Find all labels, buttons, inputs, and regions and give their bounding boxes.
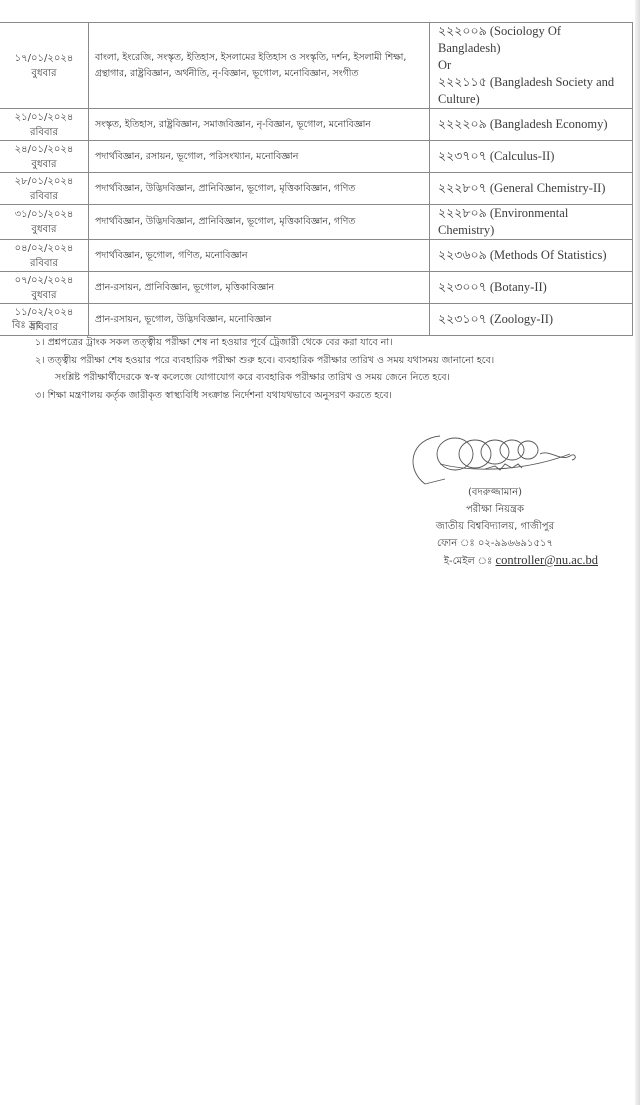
note-2: ২। তত্ত্বীয় পরীক্ষা শেষ হওয়ার পরে ব্যব… [35,354,494,369]
course-line: ২২৩১০৭ (Zoology-II) [438,311,624,328]
date-cell: ২১/০১/২০২৪ রবিবার [0,109,89,141]
schedule-row: ১৭/০১/২০২৪ বুধবার বাংলা, ইংরেজি, সংস্কৃত… [0,23,633,109]
signatory-block: (বদরুজ্জামান) পরীক্ষা নিয়ন্ত্রক জাতীয় … [380,484,610,570]
course-cell: ২২২৮০৭ (General Chemistry-II) [430,173,633,205]
signatory-name: (বদরুজ্জামান) [380,484,610,501]
schedule-row: ৩১/০১/২০২৪ বুধবার পদার্থবিজ্ঞান, উদ্ভিদব… [0,205,633,240]
course-cell: ২২৩০০৭ (Botany-II) [430,272,633,304]
schedule-row: ২৪/০১/২০২৪ বুধবার পদার্থবিজ্ঞান, রসায়ন,… [0,141,633,173]
signatory-title: পরীক্ষা নিয়ন্ত্রক [380,501,610,518]
signatory-institution: জাতীয় বিশ্ববিদ্যালয়, গাজীপুর [380,518,610,535]
subjects-cell: প্রান-রসায়ন, প্রানিবিজ্ঞান, ভূগোল, মৃত্… [89,272,430,304]
exam-date: ২৮/০১/২০২৪ [0,174,88,189]
note-3: ৩। শিক্ষা মন্ত্রণালয় কর্তৃক জারীকৃত স্ব… [35,389,392,404]
date-cell: ০৭/০২/২০২৪ বুধবার [0,272,89,304]
note-2-continued: সংশ্লিষ্ট পরীক্ষার্থীদেরকে স্ব-স্ব কলেজে… [55,371,450,386]
course-cell: ২২২০০৯ (Sociology Of Bangladesh)Or২২২১১৫… [430,23,633,109]
signature-image [400,424,600,492]
signatory-email-line: ই-মেইল ঃ controller@nu.ac.bd [380,552,610,570]
exam-schedule-table: ১৭/০১/২০২৪ বুধবার বাংলা, ইংরেজি, সংস্কৃত… [0,22,633,336]
subjects-cell: পদার্থবিজ্ঞান, উদ্ভিদবিজ্ঞান, প্রানিবিজ্… [89,173,430,205]
exam-date: ২১/০১/২০২৪ [0,110,88,125]
signatory-phone: ফোন ঃ ০২-৯৯৬৬৯১৫১৭ [380,535,610,552]
course-cell: ২২৩১০৭ (Zoology-II) [430,304,633,336]
course-cell: ২২২২০৯ (Bangladesh Economy) [430,109,633,141]
email-label: ই-মেইল ঃ [444,556,493,567]
exam-day: বুধবার [0,288,88,303]
subjects-cell: পদার্থবিজ্ঞান, উদ্ভিদবিজ্ঞান, প্রানিবিজ্… [89,205,430,240]
exam-day: বুধবার [0,222,88,237]
course-cell: ২২৩৭০৭ (Calculus-II) [430,141,633,173]
course-cell: ২২২৮০৯ (Environmental Chemistry) [430,205,633,240]
note-1: ১। প্রশ্নপত্রের ট্রাংক সকল তত্ত্বীয় পরী… [35,336,392,351]
course-line: ২২২৮০৭ (General Chemistry-II) [438,180,624,197]
page-right-edge [635,0,640,1105]
exam-date: ০৪/০২/২০২৪ [0,241,88,256]
exam-day: রবিবার [0,256,88,271]
course-line: ২২২১১৫ (Bangladesh Society and Culture) [438,74,624,108]
schedule-row: ০৭/০২/২০২৪ বুধবার প্রান-রসায়ন, প্রানিবি… [0,272,633,304]
exam-date: ২৪/০১/২০২৪ [0,142,88,157]
course-cell: ২২৩৬০৯ (Methods Of Statistics) [430,240,633,272]
subjects-cell: পদার্থবিজ্ঞান, ভূগোল, গণিত, মনোবিজ্ঞান [89,240,430,272]
exam-day: রবিবার [0,189,88,204]
course-line: ২২৩৬০৯ (Methods Of Statistics) [438,247,624,264]
subjects-cell: পদার্থবিজ্ঞান, রসায়ন, ভূগোল, পরিসংখ্যান… [89,141,430,173]
subjects-cell: প্রান-রসায়ন, ভূগোল, উদ্ভিদবিজ্ঞান, মনোব… [89,304,430,336]
schedule-row: ২৮/০১/২০২৪ রবিবার পদার্থবিজ্ঞান, উদ্ভিদব… [0,173,633,205]
course-line: ২২২২০৯ (Bangladesh Economy) [438,116,624,133]
exam-day: বুধবার [0,66,88,81]
date-cell: ১৭/০১/২০২৪ বুধবার [0,23,89,109]
date-cell: ২৮/০১/২০২৪ রবিবার [0,173,89,205]
exam-date: ৩১/০১/২০২৪ [0,207,88,222]
course-line: ২২৩৭০৭ (Calculus-II) [438,148,624,165]
date-cell: ৩১/০১/২০২৪ বুধবার [0,205,89,240]
notes-label: বিঃ দ্রঃ [12,318,41,335]
date-cell: ২৪/০১/২০২৪ বুধবার [0,141,89,173]
exam-day: বুধবার [0,157,88,172]
schedule-row: ২১/০১/২০২৪ রবিবার সংস্কৃত, ইতিহাস, রাষ্ট… [0,109,633,141]
schedule-row: ০৪/০২/২০২৪ রবিবার পদার্থবিজ্ঞান, ভূগোল, … [0,240,633,272]
course-line: ২২২০০৯ (Sociology Of Bangladesh) [438,23,624,57]
exam-date: ০৭/০২/২০২৪ [0,273,88,288]
exam-date: ১৭/০১/২০২৪ [0,51,88,66]
exam-day: রবিবার [0,125,88,140]
schedule-row: ১১/০২/২০২৪ রবিবার প্রান-রসায়ন, ভূগোল, উ… [0,304,633,336]
course-line: Or [438,57,624,74]
course-line: ২২৩০০৭ (Botany-II) [438,279,624,296]
date-cell: ০৪/০২/২০২৪ রবিবার [0,240,89,272]
subjects-cell: সংস্কৃত, ইতিহাস, রাষ্ট্রবিজ্ঞান, সমাজবিজ… [89,109,430,141]
course-line: ২২২৮০৯ (Environmental Chemistry) [438,205,624,239]
email-link[interactable]: controller@nu.ac.bd [496,553,598,567]
subjects-cell: বাংলা, ইংরেজি, সংস্কৃত, ইতিহাস, ইসলামের … [89,23,430,109]
